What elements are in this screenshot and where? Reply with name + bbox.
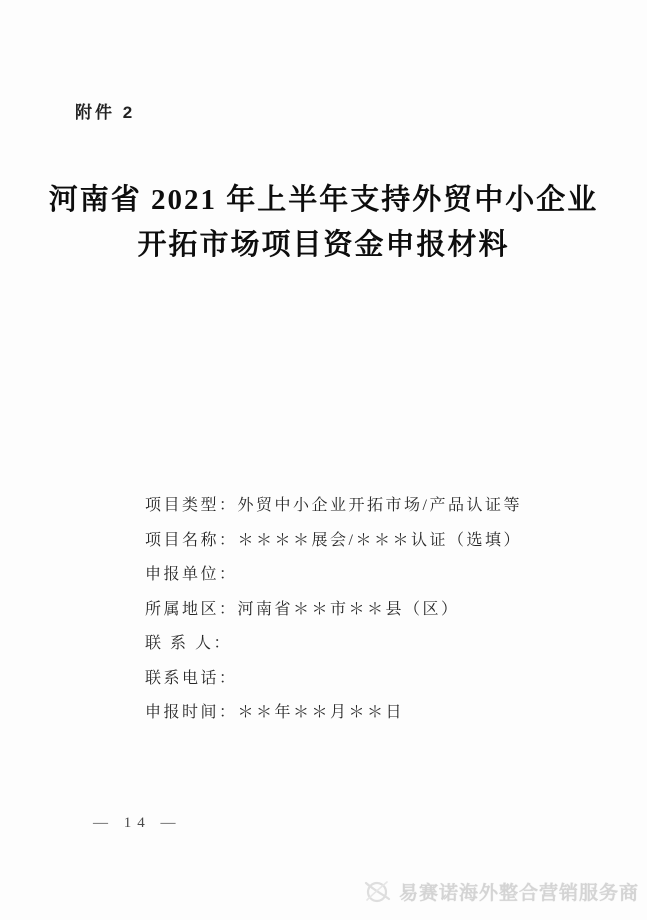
watermark: 易赛诺海外整合营销服务商 — [362, 876, 639, 906]
field-value: 外贸中小企业开拓市场/产品认证等 — [238, 497, 522, 514]
field-value: 河南省＊＊市＊＊县（区） — [238, 601, 460, 618]
page-number: — 14 — — [93, 815, 182, 832]
field-label: 项目名称： — [145, 532, 238, 549]
field-row-region: 所属地区：河南省＊＊市＊＊县（区） — [145, 593, 575, 628]
field-label: 所属地区： — [145, 601, 238, 618]
field-value: ＊＊＊＊展会/＊＊＊认证（选填） — [238, 532, 522, 549]
field-label: 申报单位： — [145, 566, 238, 583]
field-label: 联系电话： — [145, 670, 238, 687]
field-label: 申报时间： — [145, 704, 238, 721]
field-row-applicant-unit: 申报单位： — [145, 558, 575, 593]
document-title-line-1: 河南省 2021 年上半年支持外贸中小企业 — [0, 178, 647, 223]
field-row-project-type: 项目类型：外贸中小企业开拓市场/产品认证等 — [145, 489, 575, 524]
field-label: 项目类型： — [145, 497, 238, 514]
field-row-contact-phone: 联系电话： — [145, 662, 575, 697]
field-row-application-date: 申报时间：＊＊年＊＊月＊＊日 — [145, 696, 575, 731]
field-value: ＊＊年＊＊月＊＊日 — [238, 704, 405, 721]
document-title: 河南省 2021 年上半年支持外贸中小企业 开拓市场项目资金申报材料 — [0, 178, 647, 268]
document-title-line-2: 开拓市场项目资金申报材料 — [0, 223, 647, 268]
field-row-contact-person: 联 系 人： — [145, 627, 575, 662]
field-row-project-name: 项目名称：＊＊＊＊展会/＊＊＊认证（选填） — [145, 524, 575, 559]
attachment-label: 附件 2 — [75, 98, 135, 123]
swirl-globe-logo-icon — [362, 876, 392, 906]
document-page: 附件 2 河南省 2021 年上半年支持外贸中小企业 开拓市场项目资金申报材料 … — [0, 0, 647, 920]
application-fields: 项目类型：外贸中小企业开拓市场/产品认证等 项目名称：＊＊＊＊展会/＊＊＊认证（… — [145, 489, 575, 731]
field-label: 联 系 人： — [145, 635, 232, 652]
watermark-text: 易赛诺海外整合营销服务商 — [399, 878, 639, 905]
